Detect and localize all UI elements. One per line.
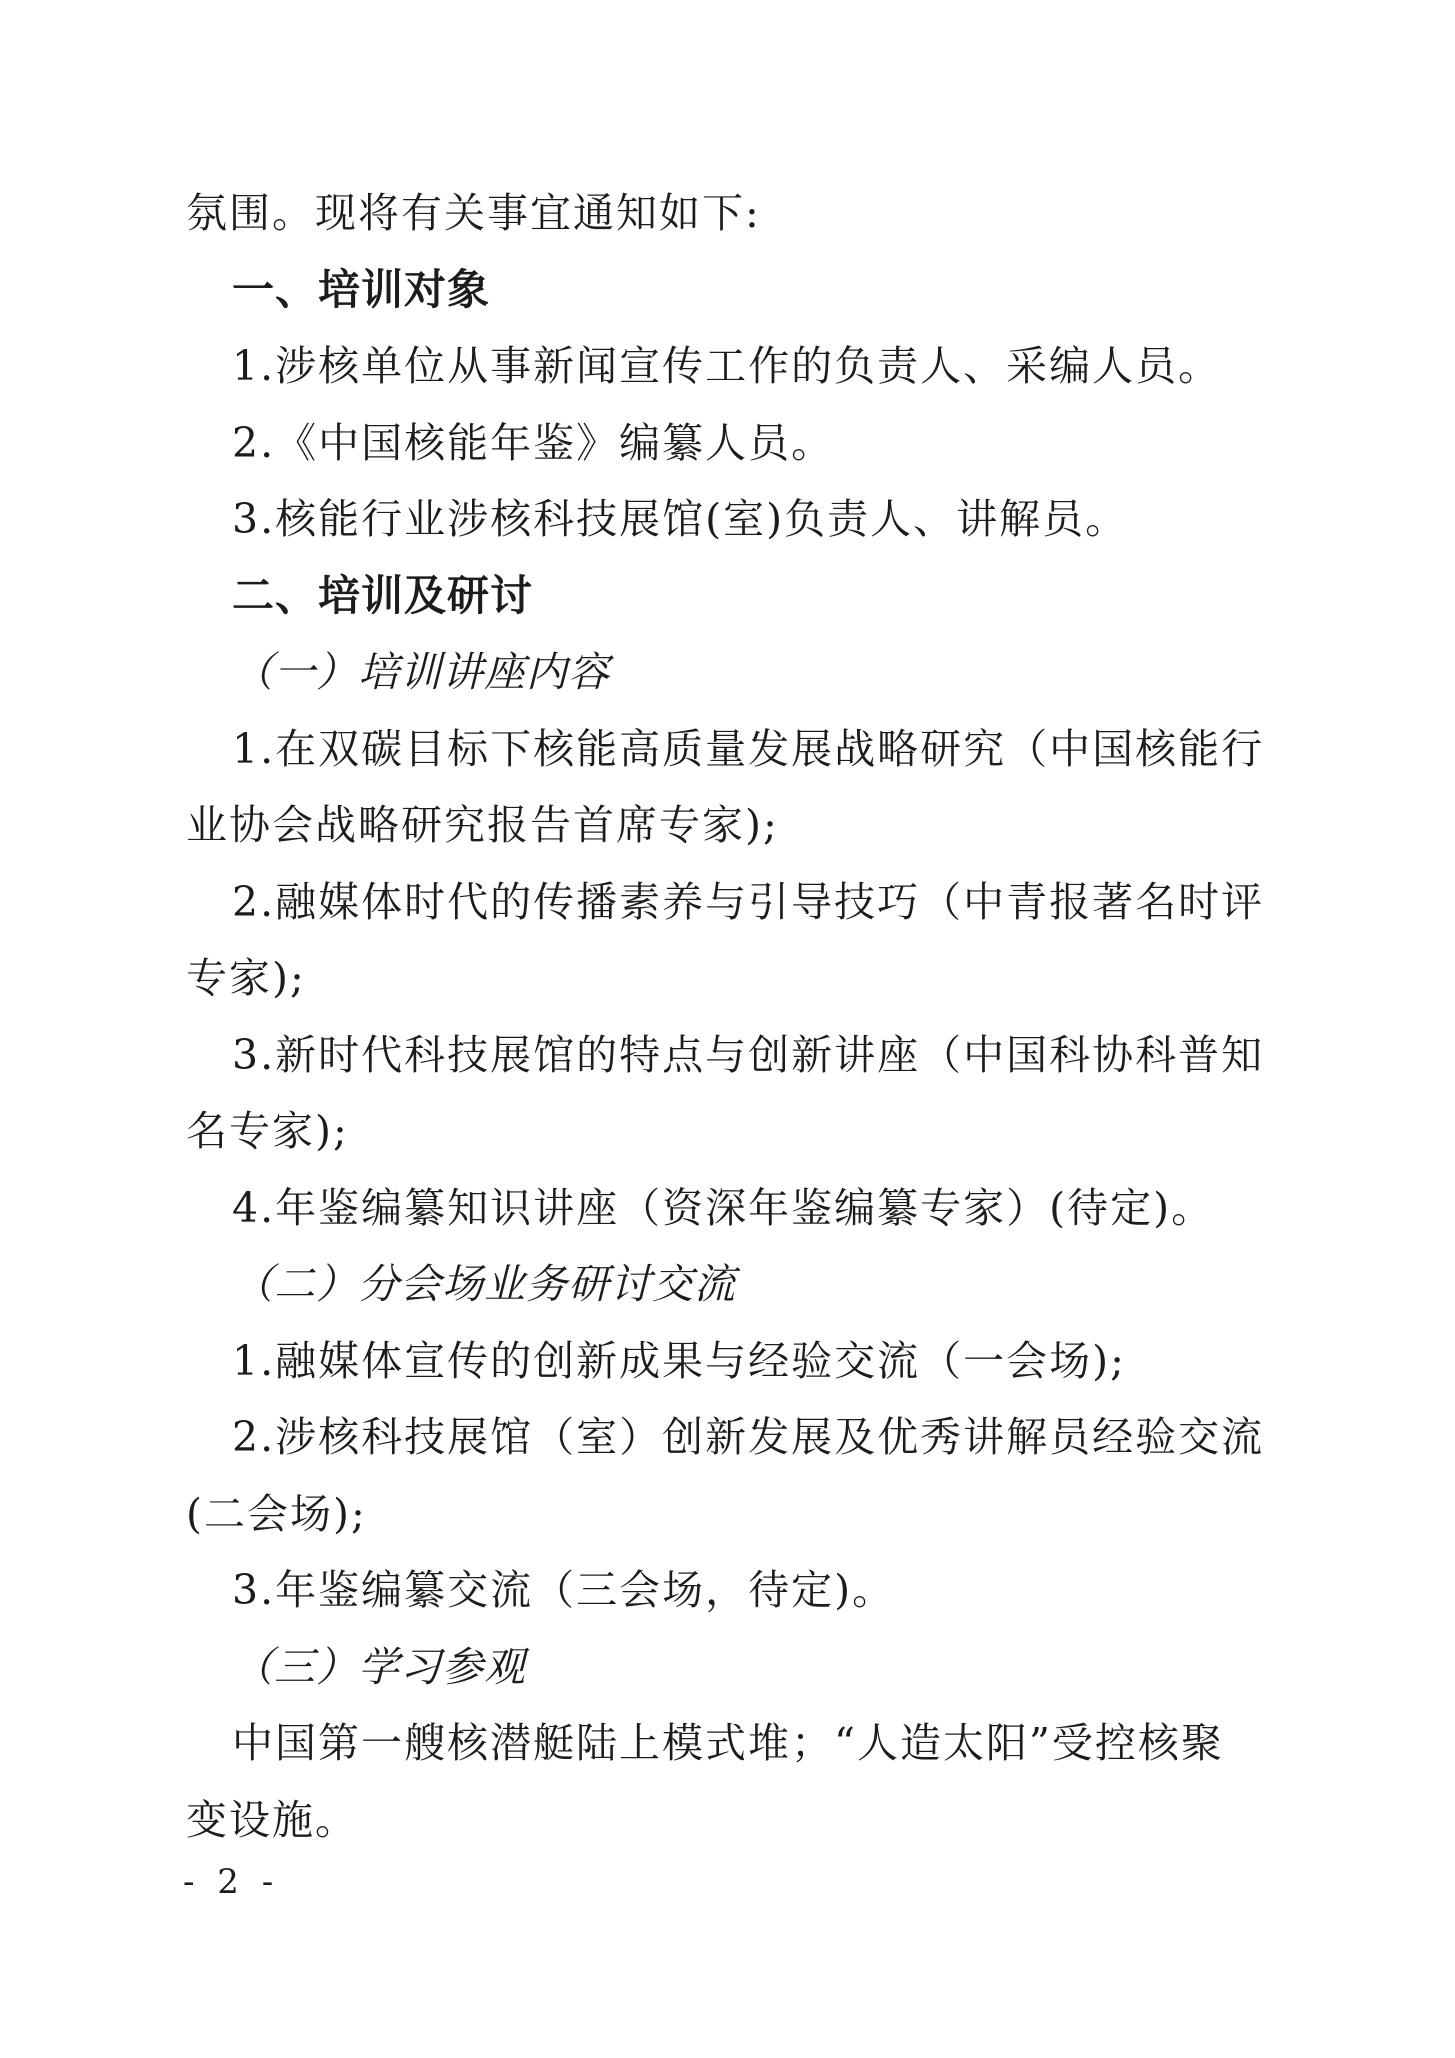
lecture-item-1-line-1: 1.在双碳目标下核能高质量发展战略研究（中国核能行: [186, 711, 1306, 788]
subsection-2-3-heading: （三）学习参观: [186, 1629, 1306, 1706]
discussion-item-2-line-1: 2.涉核科技展馆（室）创新发展及优秀讲解员经验交流: [186, 1399, 1306, 1476]
intro-continuation-line: 氛围。现将有关事宜通知如下:: [186, 175, 1306, 252]
visit-paragraph-line-2: 变设施。: [186, 1782, 1306, 1859]
document-page: 氛围。现将有关事宜通知如下: 一、培训对象 1.涉核单位从事新闻宣传工作的负责人…: [0, 0, 1455, 2058]
discussion-item-1: 1.融媒体宣传的创新成果与经验交流（一会场);: [186, 1323, 1306, 1400]
subsection-2-2-heading: （二）分会场业务研讨交流: [186, 1246, 1306, 1323]
discussion-item-3: 3.年鉴编纂交流（三会场，待定)。: [186, 1552, 1306, 1629]
lecture-item-4: 4.年鉴编纂知识讲座（资深年鉴编纂专家）(待定)。: [186, 1170, 1306, 1247]
section-one-item-1: 1.涉核单位从事新闻宣传工作的负责人、采编人员。: [186, 328, 1306, 405]
subsection-2-1-heading: （一）培训讲座内容: [186, 634, 1306, 711]
visit-paragraph-line-1: 中国第一艘核潜艇陆上模式堆；“人造太阳”受控核聚: [186, 1705, 1306, 1782]
document-body: 氛围。现将有关事宜通知如下: 一、培训对象 1.涉核单位从事新闻宣传工作的负责人…: [186, 175, 1306, 1858]
lecture-item-2-line-1: 2.融媒体时代的传播素养与引导技巧（中青报著名时评: [186, 864, 1306, 941]
lecture-item-3-line-2: 名专家);: [186, 1093, 1306, 1170]
section-one-item-3: 3.核能行业涉核科技展馆(室)负责人、讲解员。: [186, 481, 1306, 558]
section-one-item-2: 2.《中国核能年鉴》编纂人员。: [186, 405, 1306, 482]
discussion-item-2-line-2: (二会场);: [186, 1476, 1306, 1553]
lecture-item-1-line-2: 业协会战略研究报告首席专家);: [186, 787, 1306, 864]
section-one-heading: 一、培训对象: [186, 252, 1306, 329]
section-two-heading: 二、培训及研讨: [186, 558, 1306, 635]
lecture-item-3-line-1: 3.新时代科技展馆的特点与创新讲座（中国科协科普知: [186, 1017, 1306, 1094]
page-number: - 2 -: [183, 1862, 279, 1902]
lecture-item-2-line-2: 专家);: [186, 940, 1306, 1017]
